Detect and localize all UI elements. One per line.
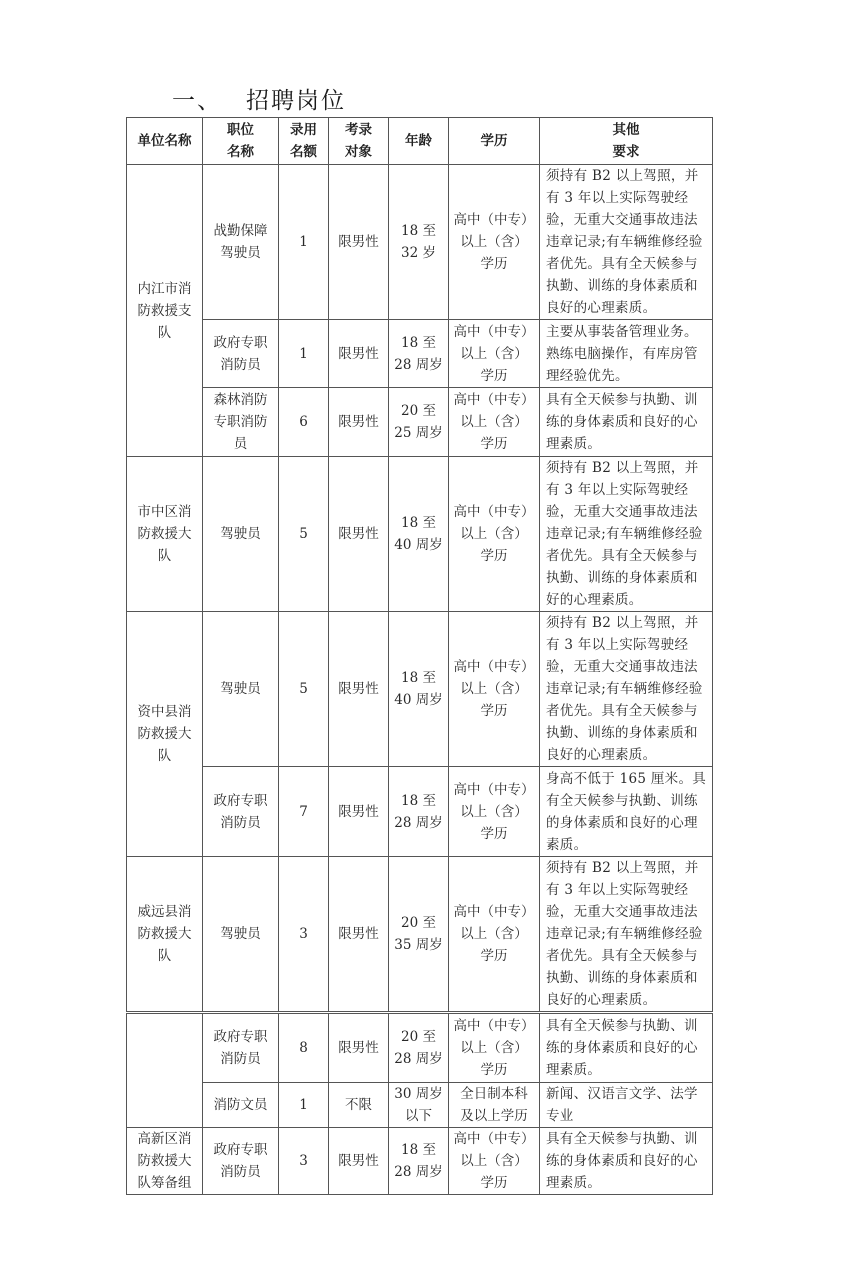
- unit-cell: 威远县消 防救援大 队: [127, 857, 203, 1013]
- requirements-cell: 须持有 B2 以上驾照，并有 3 年以上实际驾驶经验，无重大交通事故违法违章记录…: [540, 165, 713, 320]
- education-cell: 高中（中专） 以上（含） 学历: [449, 612, 540, 767]
- header-position: 职位 名称: [203, 118, 279, 165]
- age-cell: 18 至 32 岁: [389, 165, 449, 320]
- table-row: 内江市消 防救援支 队 战勤保障 驾驶员 1 限男性 18 至 32 岁 高中（…: [127, 165, 713, 320]
- position-cell: 政府专职 消防员: [203, 320, 279, 388]
- age-cell: 18 至 40 周岁: [389, 612, 449, 767]
- education-cell: 高中（中专） 以上（含） 学历: [449, 1128, 540, 1195]
- age-cell: 18 至 28 周岁: [389, 767, 449, 857]
- header-target: 考录 对象: [329, 118, 389, 165]
- position-cell: 消防文员: [203, 1083, 279, 1128]
- unit-cell: 市中区消 防救援大 队: [127, 457, 203, 612]
- section-heading: 招聘岗位: [246, 88, 346, 114]
- age-cell: 18 至 28 周岁: [389, 1128, 449, 1195]
- table-row: 政府专职 消防员 7 限男性 18 至 28 周岁 高中（中专） 以上（含） 学…: [127, 767, 713, 857]
- target-cell: 限男性: [329, 1128, 389, 1195]
- section-title: 一、招聘岗位: [172, 82, 346, 115]
- position-cell: 森林消防 专职消防 员: [203, 388, 279, 457]
- quota-cell: 7: [279, 767, 329, 857]
- education-cell: 高中（中专） 以上（含） 学历: [449, 457, 540, 612]
- table-row: 资中县消 防救援大 队 驾驶员 5 限男性 18 至 40 周岁 高中（中专） …: [127, 612, 713, 767]
- quota-cell: 3: [279, 1128, 329, 1195]
- header-quota: 录用 名额: [279, 118, 329, 165]
- age-cell: 18 至 40 周岁: [389, 457, 449, 612]
- quota-cell: 1: [279, 320, 329, 388]
- education-cell: 高中（中专） 以上（含） 学历: [449, 857, 540, 1013]
- requirements-cell: 具有全天候参与执勤、训练的身体素质和良好的心理素质。: [540, 1013, 713, 1083]
- age-cell: 20 至 35 周岁: [389, 857, 449, 1013]
- target-cell: 限男性: [329, 457, 389, 612]
- quota-cell: 6: [279, 388, 329, 457]
- target-cell: 限男性: [329, 1013, 389, 1083]
- requirements-cell: 具有全天候参与执勤、训练的身体素质和良好的心理素质。: [540, 388, 713, 457]
- section-number: 一、: [172, 88, 222, 114]
- education-cell: 高中（中专） 以上（含） 学历: [449, 165, 540, 320]
- header-requirements: 其他 要求: [540, 118, 713, 165]
- position-cell: 战勤保障 驾驶员: [203, 165, 279, 320]
- education-cell: 高中（中专） 以上（含） 学历: [449, 1013, 540, 1083]
- table-row: 高新区消 防救援大 队筹备组 政府专职 消防员 3 限男性 18 至 28 周岁…: [127, 1128, 713, 1195]
- unit-cell: 高新区消 防救援大 队筹备组: [127, 1128, 203, 1195]
- education-cell: 全日制本科 及以上学历: [449, 1083, 540, 1128]
- table-row: 市中区消 防救援大 队 驾驶员 5 限男性 18 至 40 周岁 高中（中专） …: [127, 457, 713, 612]
- position-cell: 政府专职 消防员: [203, 1013, 279, 1083]
- quota-cell: 5: [279, 612, 329, 767]
- table-row: 政府专职 消防员 8 限男性 20 至 28 周岁 高中（中专） 以上（含） 学…: [127, 1013, 713, 1083]
- quota-cell: 5: [279, 457, 329, 612]
- position-cell: 驾驶员: [203, 612, 279, 767]
- quota-cell: 1: [279, 165, 329, 320]
- requirements-cell: 具有全天候参与执勤、训练的身体素质和良好的心理素质。: [540, 1128, 713, 1195]
- position-cell: 驾驶员: [203, 857, 279, 1013]
- age-cell: 20 至 25 周岁: [389, 388, 449, 457]
- header-education: 学历: [449, 118, 540, 165]
- table-row: 消防文员 1 不限 30 周岁 以下 全日制本科 及以上学历 新闻、汉语言文学、…: [127, 1083, 713, 1128]
- header-unit: 单位名称: [127, 118, 203, 165]
- quota-cell: 8: [279, 1013, 329, 1083]
- position-cell: 政府专职 消防员: [203, 767, 279, 857]
- requirements-cell: 主要从事装备管理业务。熟练电脑操作，有库房管理经验优先。: [540, 320, 713, 388]
- unit-cell: 内江市消 防救援支 队: [127, 165, 203, 457]
- requirements-cell: 新闻、汉语言文学、法学专业: [540, 1083, 713, 1128]
- target-cell: 限男性: [329, 612, 389, 767]
- table-row: 威远县消 防救援大 队 驾驶员 3 限男性 20 至 35 周岁 高中（中专） …: [127, 857, 713, 1013]
- recruitment-positions-table: 单位名称 职位 名称 录用 名额 考录 对象 年龄 学历 其他 要求 内江市消 …: [126, 117, 713, 1195]
- position-cell: 政府专职 消防员: [203, 1128, 279, 1195]
- requirements-cell: 须持有 B2 以上驾照，并有 3 年以上实际驾驶经验，无重大交通事故违法违章记录…: [540, 457, 713, 612]
- target-cell: 限男性: [329, 767, 389, 857]
- table-row: 森林消防 专职消防 员 6 限男性 20 至 25 周岁 高中（中专） 以上（含…: [127, 388, 713, 457]
- unit-cell: 资中县消 防救援大 队: [127, 612, 203, 857]
- position-cell: 驾驶员: [203, 457, 279, 612]
- quota-cell: 3: [279, 857, 329, 1013]
- requirements-cell: 须持有 B2 以上驾照，并有 3 年以上实际驾驶经验，无重大交通事故违法违章记录…: [540, 612, 713, 767]
- age-cell: 20 至 28 周岁: [389, 1013, 449, 1083]
- target-cell: 限男性: [329, 165, 389, 320]
- target-cell: 限男性: [329, 320, 389, 388]
- target-cell: 限男性: [329, 857, 389, 1013]
- target-cell: 限男性: [329, 388, 389, 457]
- education-cell: 高中（中专） 以上（含） 学历: [449, 767, 540, 857]
- education-cell: 高中（中专） 以上（含） 学历: [449, 320, 540, 388]
- quota-cell: 1: [279, 1083, 329, 1128]
- unit-cell: [127, 1013, 203, 1128]
- requirements-cell: 须持有 B2 以上驾照，并有 3 年以上实际驾驶经验，无重大交通事故违法违章记录…: [540, 857, 713, 1013]
- header-age: 年龄: [389, 118, 449, 165]
- age-cell: 30 周岁 以下: [389, 1083, 449, 1128]
- target-cell: 不限: [329, 1083, 389, 1128]
- education-cell: 高中（中专） 以上（含） 学历: [449, 388, 540, 457]
- age-cell: 18 至 28 周岁: [389, 320, 449, 388]
- table-header-row: 单位名称 职位 名称 录用 名额 考录 对象 年龄 学历 其他 要求: [127, 118, 713, 165]
- requirements-cell: 身高不低于 165 厘米。具有全天候参与执勤、训练的身体素质和良好的心理素质。: [540, 767, 713, 857]
- table-row: 政府专职 消防员 1 限男性 18 至 28 周岁 高中（中专） 以上（含） 学…: [127, 320, 713, 388]
